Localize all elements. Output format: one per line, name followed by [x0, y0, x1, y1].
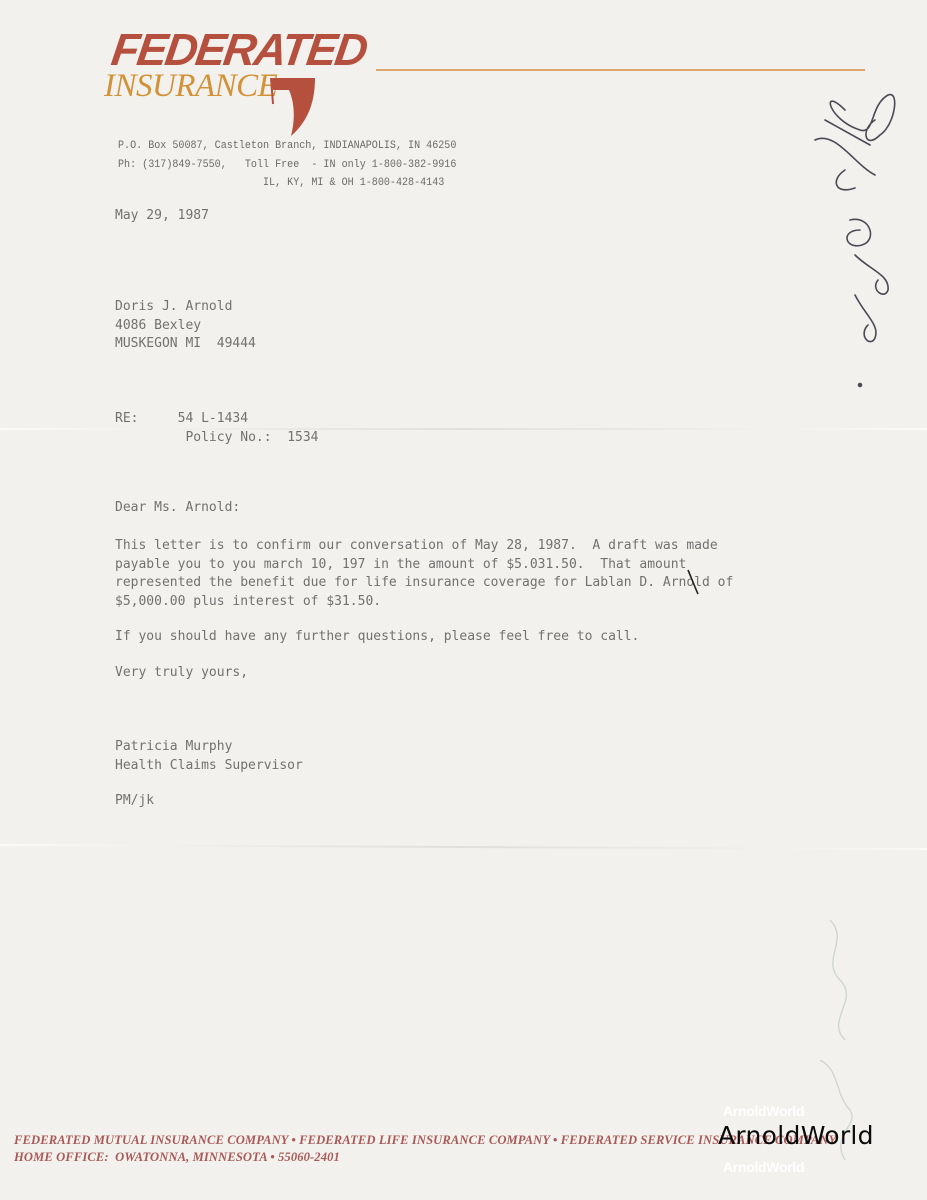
watermark-ghost-bottom: ArnoldWorld	[723, 1159, 804, 1175]
handwritten-note-icon	[800, 80, 910, 400]
letter-date: May 29, 1987	[115, 207, 209, 226]
header-rule	[376, 69, 865, 71]
footer-home-office: HOME OFFICE: OWATONNA, MINNESOTA • 55060…	[14, 1149, 836, 1166]
footer-companies: FEDERATED MUTUAL INSURANCE COMPANY • FED…	[14, 1132, 836, 1149]
fold-crease-bottom	[0, 844, 927, 850]
body-paragraph-1: This letter is to confirm our conversati…	[115, 537, 733, 611]
address-line: IL, KY, MI & OH 1-800-428-4143	[118, 174, 456, 193]
watermark: ArnoldWorld	[718, 1121, 874, 1150]
signer-title: Health Claims Supervisor	[115, 757, 303, 776]
body-line: $5,000.00 plus interest of $31.50.	[115, 593, 733, 612]
signer-name: Patricia Murphy	[115, 738, 303, 757]
recipient-street: 4086 Bexley	[115, 317, 256, 336]
watermark-ghost-top: ArnoldWorld	[723, 1103, 804, 1119]
body-line: payable you to you march 10, 197 in the …	[115, 556, 733, 575]
policy-number: 1534	[287, 430, 318, 445]
closing: Very truly yours,	[115, 664, 248, 683]
address-line: P.O. Box 50087, Castleton Branch, INDIAN…	[118, 137, 456, 156]
body-paragraph-2: If you should have any further questions…	[115, 628, 639, 647]
reference-block: RE: 54 L-1434 Policy No.: 1534	[115, 410, 319, 447]
recipient-block: Doris J. Arnold4086 BexleyMUSKEGON MI 49…	[115, 298, 256, 354]
recipient-name: Doris J. Arnold	[115, 298, 256, 317]
policy-label: Policy No.:	[185, 430, 271, 445]
typist-initials: PM/jk	[115, 792, 154, 811]
letterhead-address: P.O. Box 50087, Castleton Branch, INDIAN…	[118, 137, 456, 193]
letterhead-footer: FEDERATED MUTUAL INSURANCE COMPANY • FED…	[14, 1132, 836, 1166]
re-label: RE:	[115, 411, 138, 426]
logo-brand-bottom: INSURANCE	[104, 68, 277, 105]
body-line: represented the benefit due for life ins…	[115, 574, 733, 593]
re-reference: 54 L-1434	[178, 411, 248, 426]
letter-page: FEDERATED INSURANCE P.O. Box 50087, Cast…	[0, 0, 927, 1200]
salutation: Dear Ms. Arnold:	[115, 499, 240, 518]
recipient-city: MUSKEGON MI 49444	[115, 335, 256, 354]
shield-icon	[267, 74, 319, 138]
federated-insurance-logo: FEDERATED INSURANCE	[104, 24, 364, 116]
pen-correction-mark-icon	[686, 569, 700, 595]
body-line: This letter is to confirm our conversati…	[115, 537, 733, 556]
signature-block: Patricia MurphyHealth Claims Supervisor	[115, 738, 303, 775]
address-line: Ph: (317)849-7550, Toll Free - IN only 1…	[118, 156, 456, 175]
